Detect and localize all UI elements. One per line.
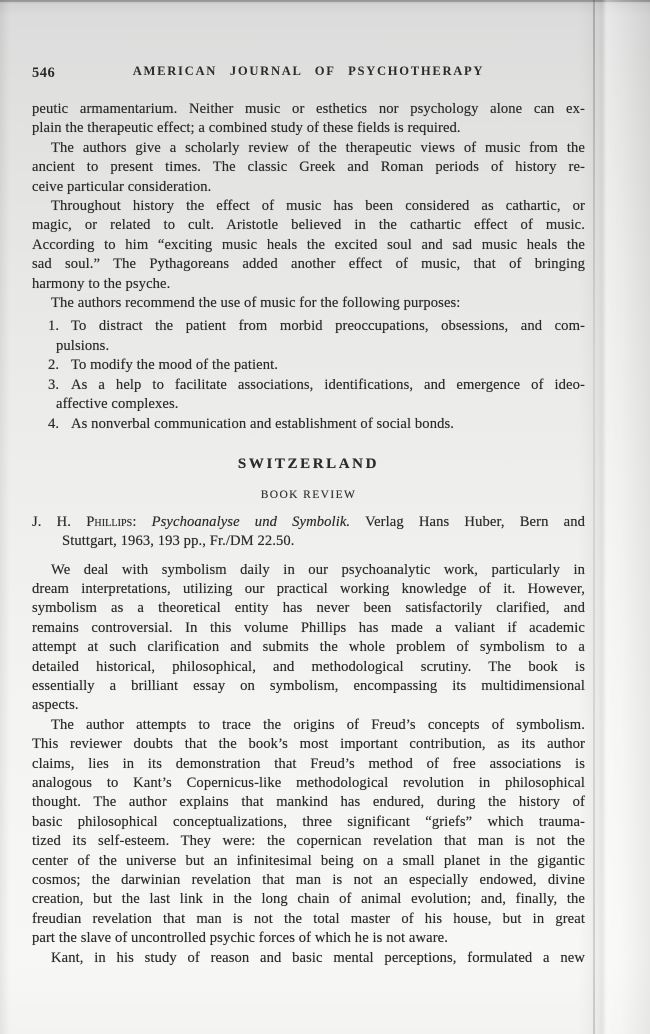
text-line: ceive particular consideration.	[32, 178, 585, 197]
page-body: peutic armamentarium. Neither music or e…	[32, 100, 585, 968]
journal-title: AMERICAN JOURNAL OF PSYCHOTHERAPY	[32, 64, 585, 79]
text-line: peutic armamentarium. Neither music or e…	[32, 100, 585, 119]
text-line: freudian revelation that man is not the …	[32, 910, 585, 929]
list-item-number: 1.	[48, 317, 71, 336]
scan-top-edge	[0, 0, 650, 2]
paragraph-review-freud-origins: The author attempts to trace the origins…	[32, 716, 585, 949]
text-line: The author attempts to trace the origins…	[32, 716, 585, 735]
text-line: analogous to Kant’s Copernicus-like meth…	[32, 774, 585, 793]
list-item-line: 3.As a help to facilitate associations, …	[48, 376, 585, 395]
text-line: magic, or related to cult. Aristotle bel…	[32, 216, 585, 235]
text-line: attempt at such clarification and submit…	[32, 638, 585, 657]
list-item: 4.As nonverbal communication and establi…	[48, 415, 585, 434]
text-line: claims, lies in its demonstration that F…	[32, 755, 585, 774]
review-text: We deal with symbolism daily in our psyc…	[32, 561, 585, 969]
text-line: part the slave of uncontrolled psychic f…	[32, 929, 585, 948]
text-line: According to him “exciting music heals t…	[32, 236, 585, 255]
text-line: We deal with symbolism daily in our psyc…	[32, 561, 585, 580]
text-line: aspects.	[32, 696, 585, 715]
list-item-text: As a help to facilitate associations, id…	[71, 377, 585, 393]
text-line: essentially a brilliant essay on symboli…	[32, 677, 585, 696]
citation-line: Stuttgart, 1963, 193 pp., Fr./DM 22.50.	[32, 532, 585, 551]
citation-line: J. H. Phillips: Psychoanalyse und Symbol…	[32, 513, 585, 532]
text-line: center of the universe but an infinitesi…	[32, 852, 585, 871]
text-line: thought. The author explains that mankin…	[32, 793, 585, 812]
section-subheading-book-review: BOOK REVIEW	[32, 486, 585, 505]
text-line: sad soul.” The Pythagoreans added anothe…	[32, 255, 585, 274]
list-item: 1.To distract the patient from morbid pr…	[48, 317, 585, 356]
list-item-text: As nonverbal communication and establish…	[71, 416, 454, 432]
list-item-text: To modify the mood of the patient.	[71, 357, 278, 373]
scan-left-edge-shadow	[0, 0, 10, 1034]
list-item-line: 1.To distract the patient from morbid pr…	[48, 317, 585, 336]
scan-right-edge-shadow	[578, 0, 650, 1034]
text-line: Throughout history the effect of music h…	[32, 197, 585, 216]
list-item-number: 3.	[48, 376, 71, 395]
text-line: This reviewer doubts that the book’s mos…	[32, 735, 585, 754]
paragraph-music-authors-review: The authors give a scholarly review of t…	[32, 139, 585, 197]
list-item-number: 2.	[48, 356, 71, 375]
running-head: 546 AMERICAN JOURNAL OF PSYCHOTHERAPY	[32, 64, 585, 84]
paragraph-music-history: Throughout history the effect of music h…	[32, 197, 585, 294]
text-line: basic philosophical conceptualizations, …	[32, 813, 585, 832]
list-item-text: To distract the patient from morbid preo…	[71, 318, 585, 334]
list-item-line: 4.As nonverbal communication and establi…	[48, 415, 585, 434]
text-line: detailed historical, philosophical, and …	[32, 658, 585, 677]
text-line: tized its self-esteem. They were: the co…	[32, 832, 585, 851]
section-heading-switzerland: SWITZERLAND	[32, 455, 585, 474]
purposes-list: 1.To distract the patient from morbid pr…	[48, 317, 585, 433]
list-item-continuation: affective complexes.	[48, 395, 585, 414]
paragraph-review-symbolism: We deal with symbolism daily in our psyc…	[32, 561, 585, 716]
text-line: cosmos; the darwinian revelation that ma…	[32, 871, 585, 890]
citation-publisher: Verlag Hans Huber, Bern and	[365, 514, 585, 530]
text-line: symbolism as a theoretical entity has ne…	[32, 599, 585, 618]
text-line: ancient to present times. The classic Gr…	[32, 158, 585, 177]
list-item: 2.To modify the mood of the patient.	[48, 356, 585, 375]
scanned-journal-page: 546 AMERICAN JOURNAL OF PSYCHOTHERAPY pe…	[0, 0, 650, 1034]
text-line: creation, but the last link in the long …	[32, 890, 585, 909]
list-item-line: 2.To modify the mood of the patient.	[48, 356, 585, 375]
text-line: The authors give a scholarly review of t…	[32, 139, 585, 158]
text-line: The authors recommend the use of music f…	[32, 294, 585, 313]
list-item-continuation: pulsions.	[48, 337, 585, 356]
text-line: dream interpretations, utilizing our pra…	[32, 580, 585, 599]
paragraph-review-kant: Kant, in his study of reason and basic m…	[32, 949, 585, 968]
text-line: harmony to the psyche.	[32, 275, 585, 294]
paragraph-music-continuation: peutic armamentarium. Neither music or e…	[32, 100, 585, 139]
text-line: Kant, in his study of reason and basic m…	[32, 949, 585, 968]
paragraph-music-purposes-intro: The authors recommend the use of music f…	[32, 294, 585, 313]
list-item-number: 4.	[48, 415, 71, 434]
citation-book-title: Psychoanalyse und Symbolik.	[152, 514, 351, 530]
list-item: 3.As a help to facilitate associations, …	[48, 376, 585, 415]
book-citation: J. H. Phillips: Psychoanalyse und Symbol…	[32, 513, 585, 552]
text-line: plain the therapeutic effect; a combined…	[32, 119, 585, 138]
page-edge-line	[593, 0, 595, 1034]
citation-author: J. H. Phillips:	[32, 514, 137, 530]
text-line: remains controversial. In this volume Ph…	[32, 619, 585, 638]
page-number: 546	[32, 65, 55, 82]
